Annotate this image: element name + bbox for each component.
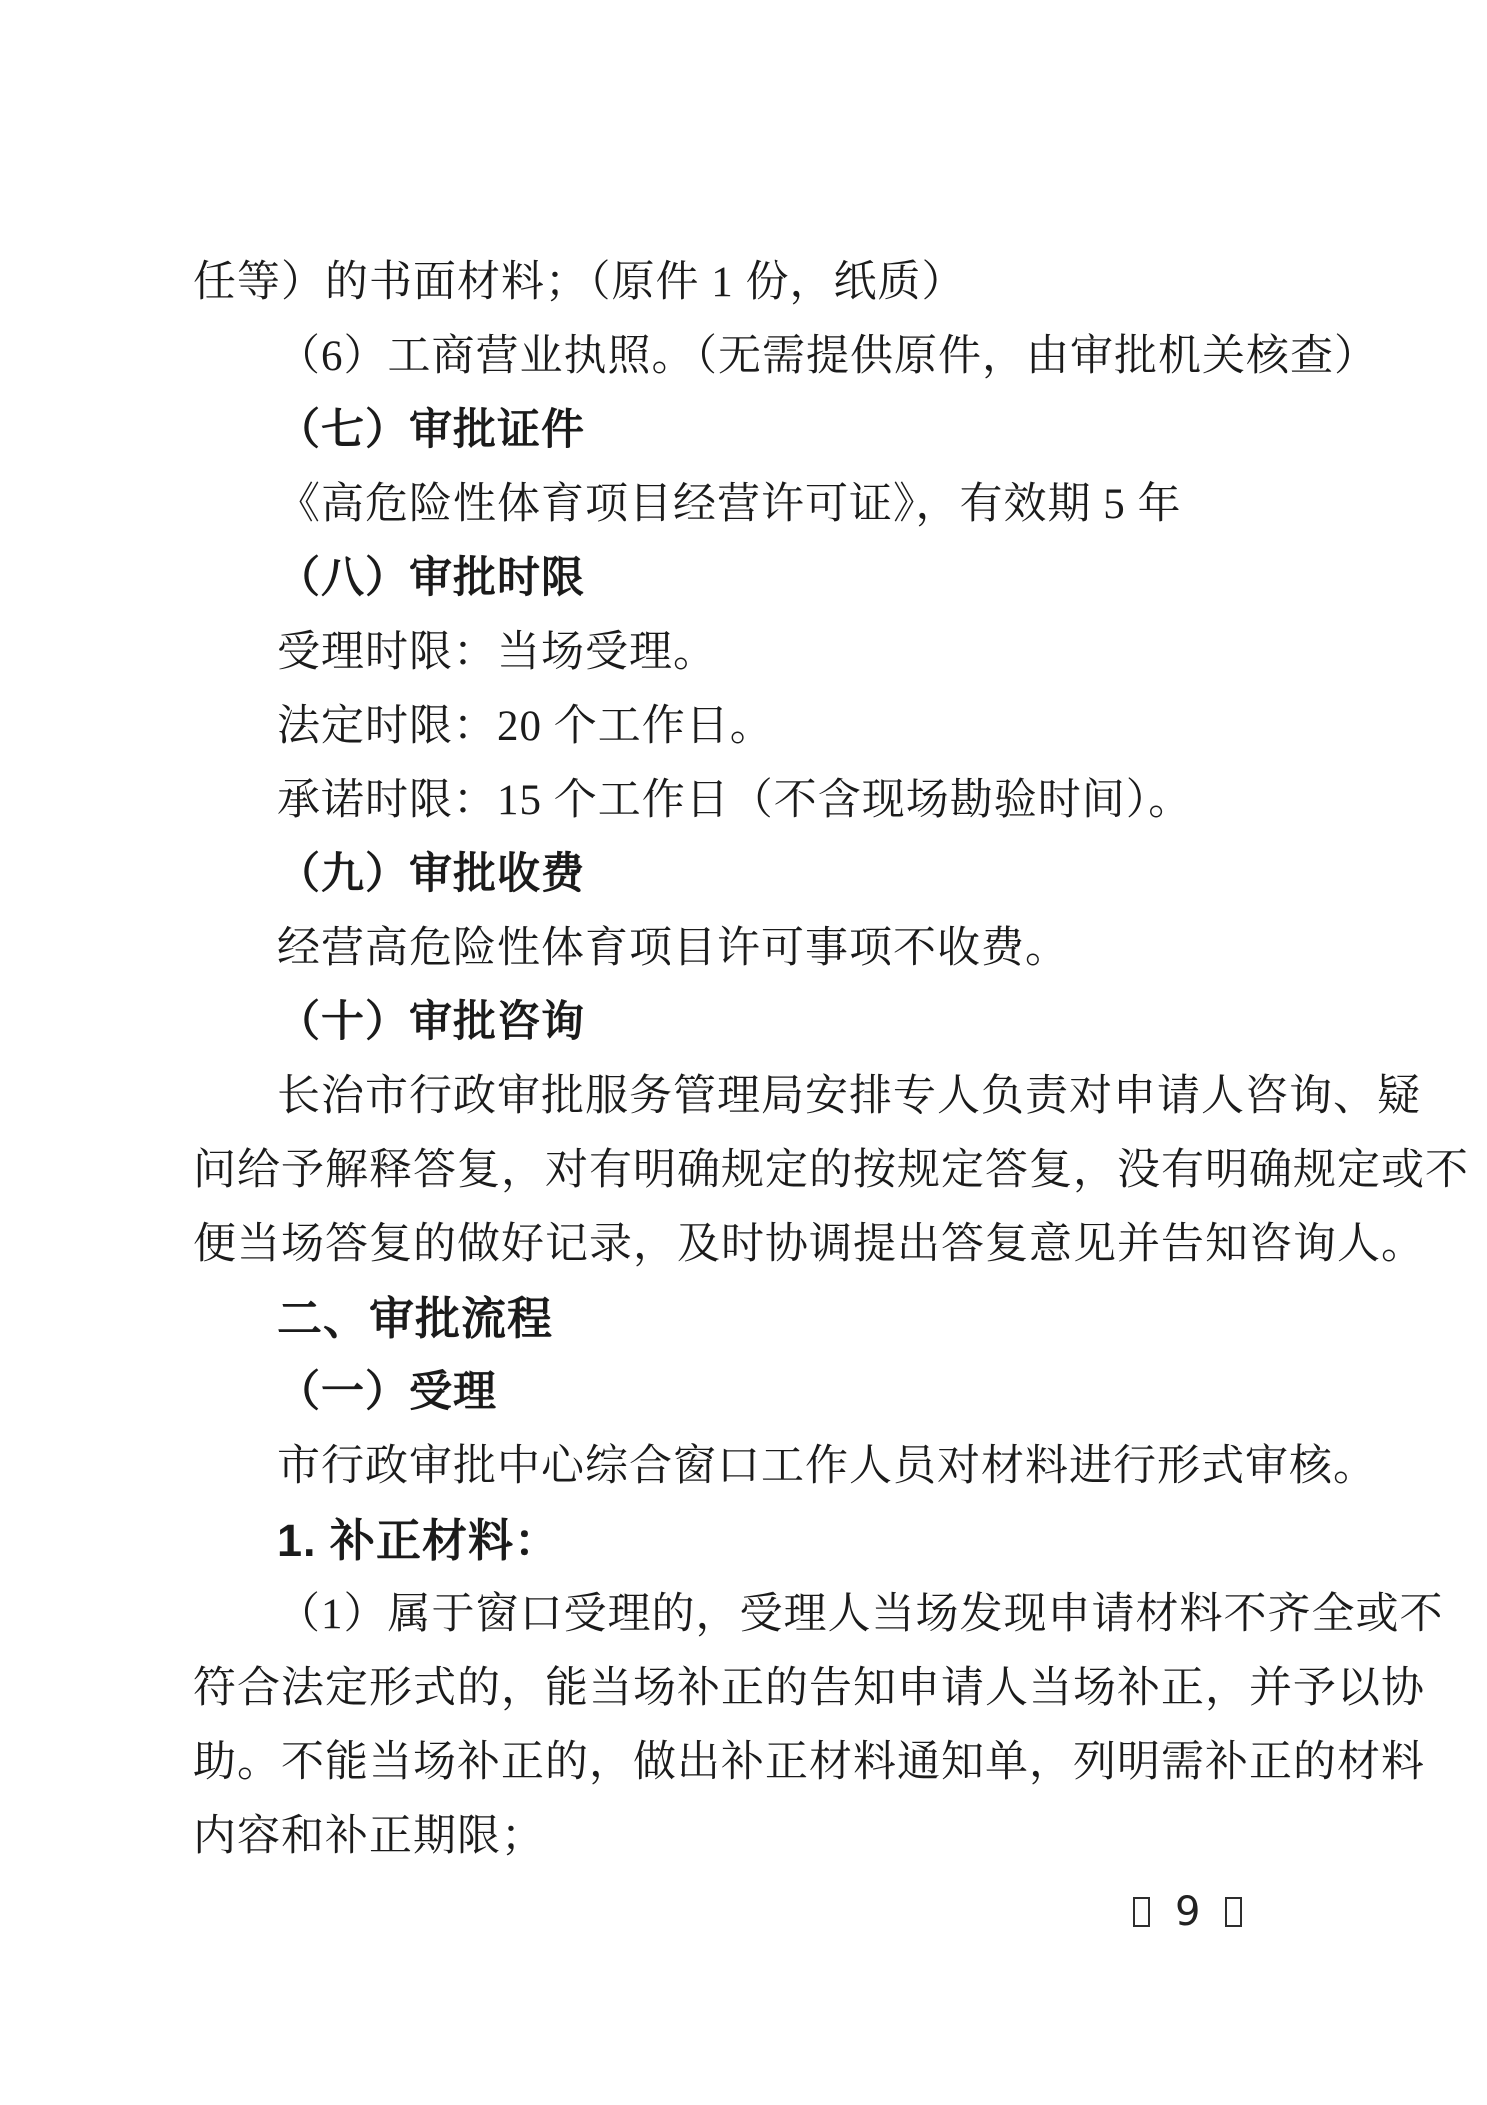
- document-line: 承诺时限：15 个工作日（不含现场勘验时间）。: [193, 764, 1313, 838]
- document-line: 法定时限：20 个工作日。: [193, 690, 1313, 764]
- document-line: 《高危险性体育项目经营许可证》，有效期 5 年: [193, 468, 1313, 542]
- document-line: 符合法定形式的，能当场补正的告知申请人当场补正，并予以协: [193, 1652, 1313, 1726]
- page-footer: 9: [1133, 1893, 1242, 1931]
- section-heading: （九）审批收费: [193, 838, 1313, 912]
- document-line: 长治市行政审批服务管理局安排专人负责对申请人咨询、疑: [193, 1060, 1313, 1134]
- subsection-heading: 1. 补正材料：: [193, 1504, 1313, 1578]
- document-line: 任等）的书面材料；（原件 1 份，纸质）: [193, 246, 1313, 320]
- document-line: 内容和补正期限；: [193, 1800, 1313, 1874]
- section-heading: （十）审批咨询: [193, 986, 1313, 1060]
- document-line: 受理时限：当场受理。: [193, 616, 1313, 690]
- document-body: 任等）的书面材料；（原件 1 份，纸质） （6）工商营业执照。（无需提供原件，由…: [193, 246, 1313, 1874]
- chapter-heading: 二、审批流程: [193, 1282, 1313, 1356]
- document-line: 问给予解释答复，对有明确规定的按规定答复，没有明确规定或不: [193, 1134, 1313, 1208]
- missing-glyph-box-icon: [1225, 1897, 1242, 1927]
- section-heading: （八）审批时限: [193, 542, 1313, 616]
- page-number: 9: [1175, 1893, 1200, 1931]
- document-line: （6）工商营业执照。（无需提供原件，由审批机关核查）: [193, 320, 1313, 394]
- document-line: 经营高危险性体育项目许可事项不收费。: [193, 912, 1313, 986]
- document-line: 便当场答复的做好记录，及时协调提出答复意见并告知咨询人。: [193, 1208, 1313, 1282]
- section-heading: （一）受理: [193, 1356, 1313, 1430]
- document-line: 市行政审批中心综合窗口工作人员对材料进行形式审核。: [193, 1430, 1313, 1504]
- section-heading: （七）审批证件: [193, 394, 1313, 468]
- document-page: 任等）的书面材料；（原件 1 份，纸质） （6）工商营业执照。（无需提供原件，由…: [0, 0, 1487, 2105]
- missing-glyph-box-icon: [1133, 1897, 1150, 1927]
- document-line: 助。不能当场补正的，做出补正材料通知单，列明需补正的材料: [193, 1726, 1313, 1800]
- document-line: （1）属于窗口受理的，受理人当场发现申请材料不齐全或不: [193, 1578, 1313, 1652]
